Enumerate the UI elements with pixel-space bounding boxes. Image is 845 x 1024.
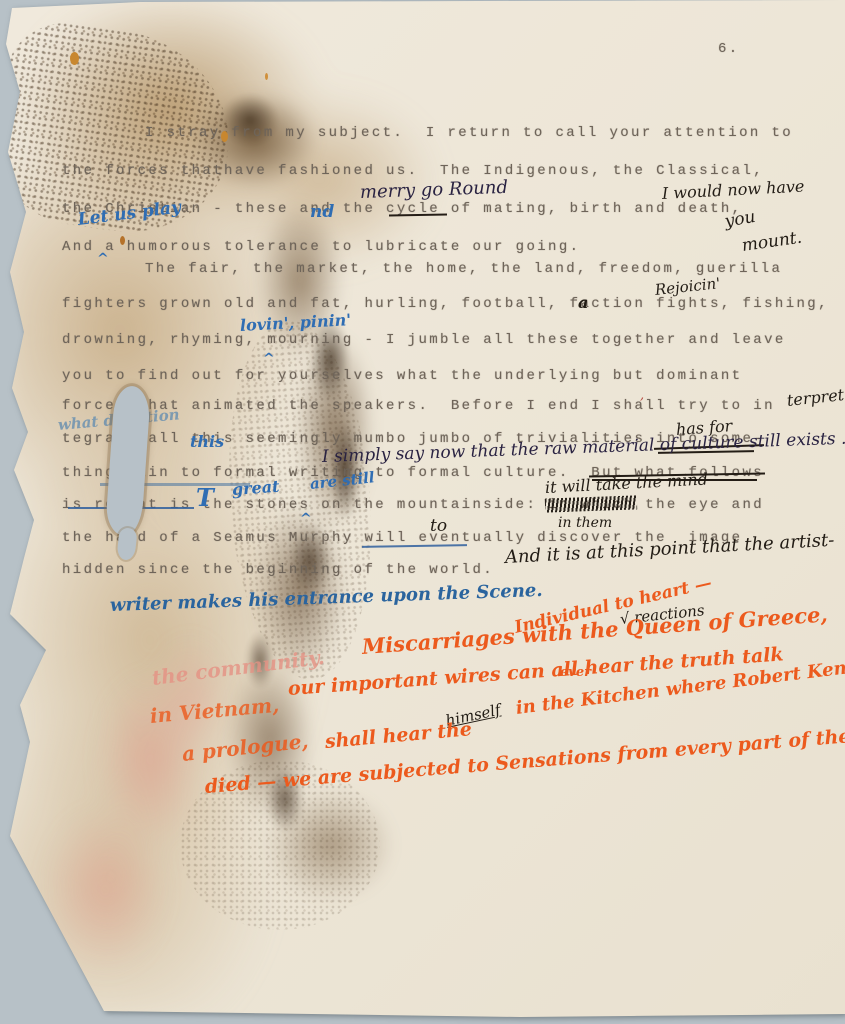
annotation-rejoicin: Rejoicin'	[654, 276, 721, 298]
annotation-this-overwrite: this	[190, 434, 224, 450]
caret-lovin-pinin: ^	[263, 352, 275, 366]
annotation-to: to	[430, 518, 447, 535]
annotation-merry-go-round: merry go Round	[360, 179, 509, 202]
page-number: 6.	[718, 42, 740, 56]
annotation-tee-insert: T	[196, 486, 214, 510]
manuscript-paper: 6. I stray from my subject. I return to …	[0, 0, 845, 1024]
annotation-you: you	[724, 209, 757, 231]
annotation-shall-hear: shall hear the	[324, 720, 472, 752]
typed-line-6: fighters grown old and fat, hurling, foo…	[62, 297, 829, 311]
annotation-prologue: a prologue,	[181, 731, 309, 764]
typed-line-12: is repeat is the stones on the mountains…	[62, 498, 764, 512]
annotation-great: great	[231, 479, 280, 498]
scanned-manuscript-page: 6. I stray from my subject. I return to …	[0, 0, 845, 1024]
annotation-nd-overwrite: nd	[310, 204, 334, 221]
annotation-insert-mark: ,	[640, 389, 644, 402]
paper-shadow: 6. I stray from my subject. I return to …	[0, 0, 845, 1024]
typed-line-7: drowning, rhyming, mourning - I jumble a…	[62, 333, 786, 347]
typed-line-2: the forces thathave fashioned us. The In…	[62, 164, 764, 178]
annotation-a-correction: a	[578, 295, 588, 311]
typed-line-8: you to find out for yourselves what the …	[62, 369, 743, 383]
caret-let-us-play: ^	[97, 252, 109, 266]
annotation-terpret: terpret	[786, 387, 845, 409]
annotation-ever: ever	[560, 666, 591, 679]
annotation-vietnam: in Vietnam,	[149, 695, 280, 726]
paper-hole-tail	[116, 527, 137, 561]
typed-line-4: And a humorous tolerance to lubricate ou…	[62, 240, 580, 254]
stain-debris	[70, 52, 79, 65]
typed-line-1: I stray from my subject. I return to cal…	[145, 126, 793, 140]
typed-line-5: The fair, the market, the home, the land…	[145, 262, 782, 276]
annotation-i-would-now-have: I would now have	[662, 179, 805, 202]
annotation-are-still: are still	[309, 470, 375, 492]
annotation-writer-line: writer makes his entrance upon the Scene…	[110, 582, 543, 615]
blue-strikethrough-will-eventually	[362, 544, 467, 548]
typed-line-14: hidden since the beginning of the world.	[62, 563, 494, 577]
annotation-mount: mount.	[741, 230, 803, 255]
caret-are-still: ^	[300, 512, 312, 526]
annotation-in-them: in them	[558, 516, 612, 530]
annotation-lovin-pinin: lovin', pinin'	[240, 312, 352, 334]
